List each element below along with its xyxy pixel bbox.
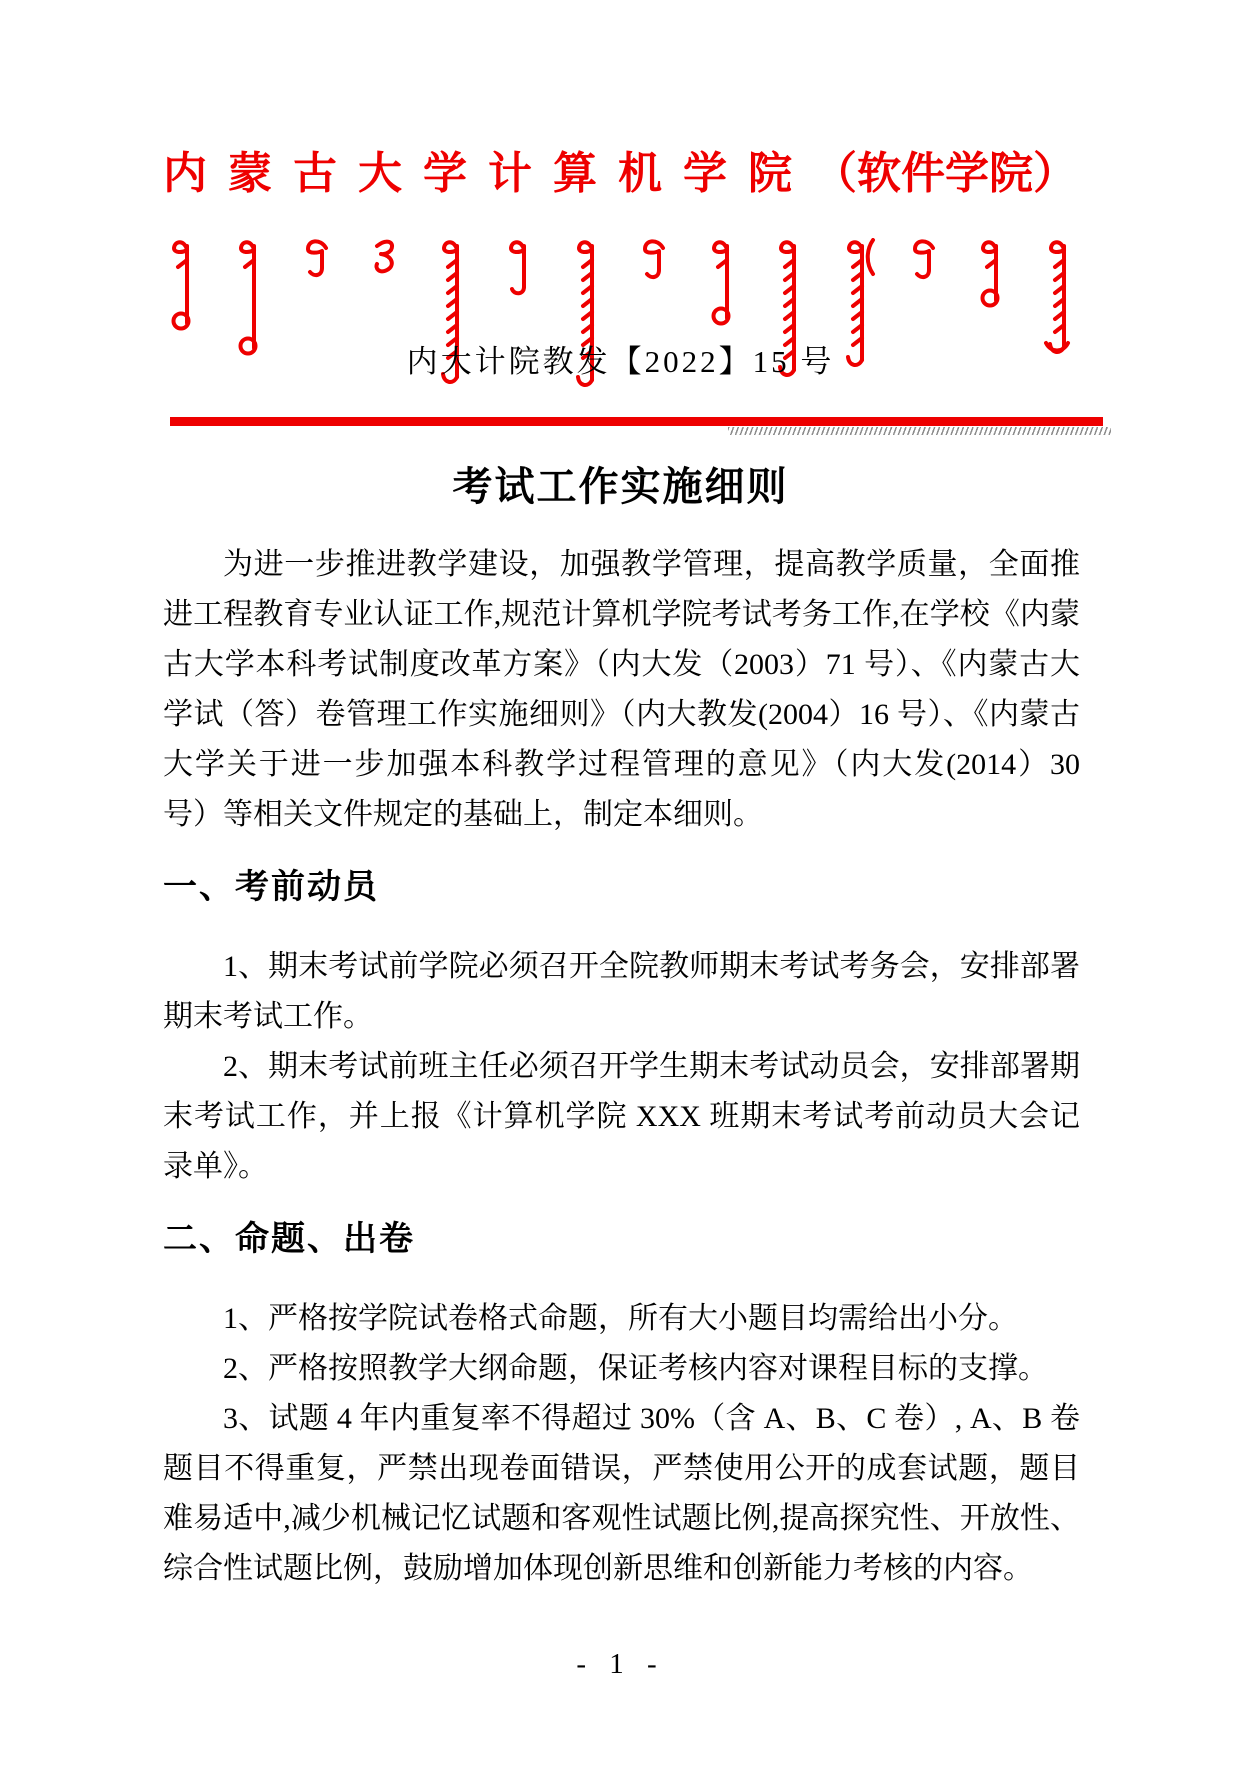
university-title-suffix: （软件学院） <box>813 149 1077 198</box>
section-heading: 二、命题、出卷 <box>163 1216 1080 1262</box>
mongolian-glyph <box>703 238 743 334</box>
body-paragraph: 1、严格按学院试卷格式命题，所有大小题目均需给出小分。 <box>163 1294 1080 1344</box>
red-divider-shadow <box>728 427 1111 435</box>
body-paragraph: 1、期末考试前学院必须召开全院教师期末考试考务会，安排部署期末考试工作。 <box>163 942 1080 1042</box>
mongolian-glyph <box>298 238 338 282</box>
mongolian-glyph <box>163 238 203 339</box>
university-letterhead: 内蒙古大学计算机学院（软件学院） <box>163 148 1093 201</box>
body-paragraph: 为进一步推进教学建设，加强教学管理，提高教学质量，全面推进工程教育专业认证工作,… <box>163 540 1080 840</box>
mongolian-glyph <box>365 238 405 304</box>
mongolian-glyph <box>500 238 540 299</box>
mongolian-glyph <box>635 238 675 284</box>
mongolian-glyph <box>905 238 945 284</box>
red-divider-line <box>170 417 1103 426</box>
university-title-main: 内蒙古大学计算机学院 <box>163 149 813 198</box>
body-paragraph: 2、期末考试前班主任必须召开学生期末考试动员会，安排部署期末考试工作，并上报《计… <box>163 1042 1080 1192</box>
document-body: 为进一步推进教学建设，加强教学管理，提高教学质量，全面推进工程教育专业认证工作,… <box>163 540 1080 1594</box>
doc-number: 内大计院教发【2022】15 号 <box>0 336 1241 381</box>
section-heading: 一、考前动员 <box>163 864 1080 910</box>
document-title: 考试工作实施细则 <box>0 455 1241 512</box>
body-paragraph: 3、试题 4 年内重复率不得超过 30%（含 A、B、C 卷）, A、B 卷题目… <box>163 1394 1080 1594</box>
body-paragraph: 2、严格按照教学大纲命题，保证考核内容对课程目标的支撑。 <box>163 1344 1080 1394</box>
document-page: 内蒙古大学计算机学院（软件学院） 内大计院教发【2022】15 号 考试工作实施… <box>0 0 1241 1766</box>
page-number: - 1 - <box>0 1648 1241 1681</box>
mongolian-script-decoration <box>163 238 1080 408</box>
mongolian-glyph <box>972 238 1012 316</box>
